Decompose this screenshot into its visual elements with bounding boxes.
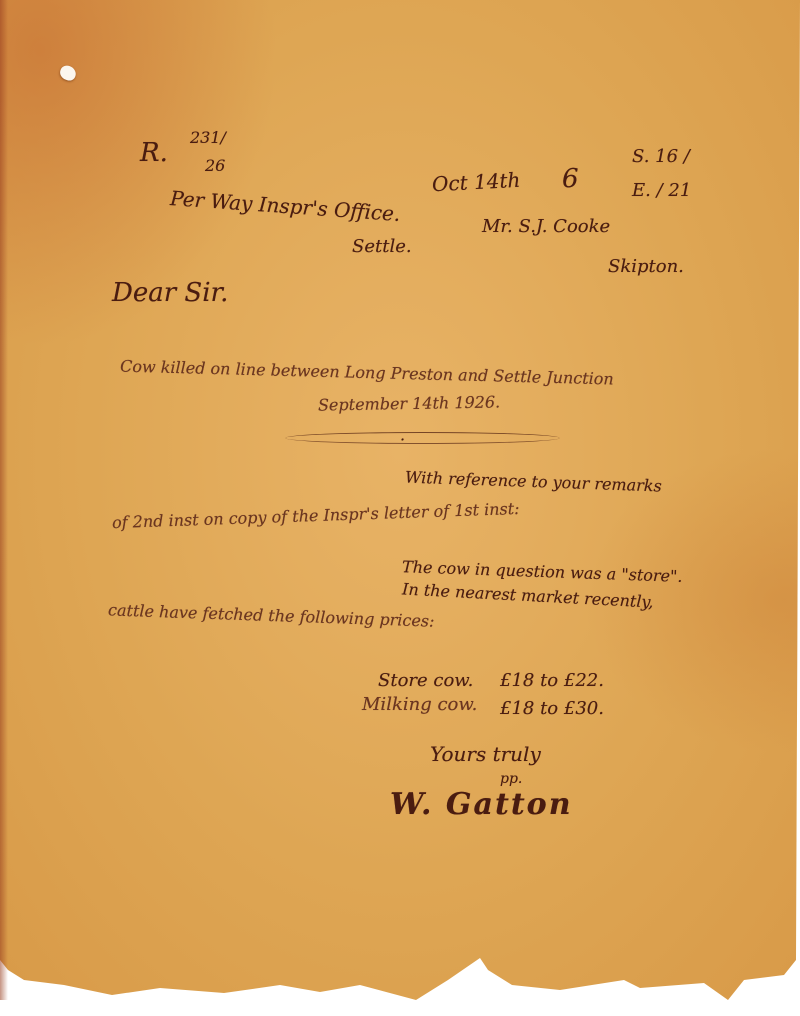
price-range-store: £18 to £22.: [500, 672, 604, 690]
reference-number: 231/: [190, 130, 226, 146]
price-range-milking: £18 to £30.: [500, 700, 604, 718]
salutation: Dear Sir.: [112, 280, 228, 306]
letter-date-year: 6: [562, 166, 579, 192]
letter-date: Oct 14th: [432, 170, 521, 195]
recipient-town: Skipton.: [608, 258, 684, 276]
closing-mark: pp.: [500, 772, 522, 786]
divider-flourish: [285, 432, 560, 444]
file-ref-bottom: E. / 21: [632, 182, 691, 200]
recipient-name: Mr. S.J. Cooke: [482, 218, 610, 236]
sender-town: Settle.: [352, 238, 412, 256]
paper-edge-stain: [0, 0, 8, 1000]
price-label-milking: Milking cow.: [362, 696, 477, 714]
flourish-mark: ·: [400, 432, 405, 448]
price-label-store: Store cow.: [378, 672, 473, 690]
file-ref-top: S. 16 /: [632, 148, 690, 166]
closing: Yours truly: [430, 744, 541, 764]
signature: W. Gatton: [390, 790, 573, 820]
reference-year: 26: [205, 158, 225, 174]
reference-prefix: R.: [140, 140, 168, 166]
subject-date: September 14th 1926.: [318, 394, 500, 413]
